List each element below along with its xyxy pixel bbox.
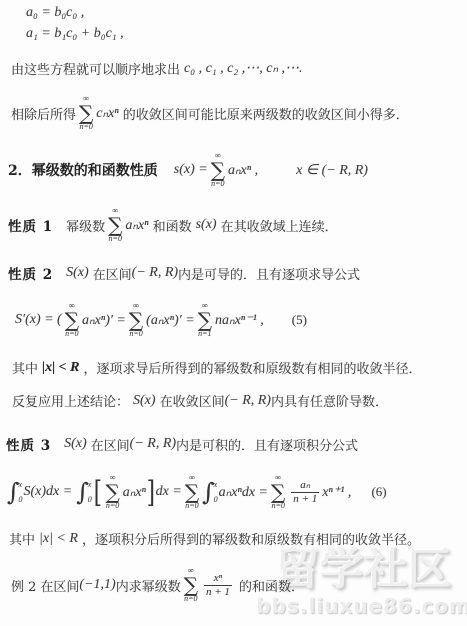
property-1: 性质 1 幂级数 ∞ ∑ n=0 aₙxⁿ 和函数 s(x) 在其收敛域上连续． bbox=[8, 206, 338, 244]
left-bracket: [ bbox=[93, 479, 101, 506]
example-2: 例 2 在区间 (−1,1) 内求幂级数 ∞ ∑ n=0 xⁿ n + 1 的和… bbox=[11, 563, 304, 607]
example-2-t1: 在区间 bbox=[40, 576, 79, 595]
sum-lower-limit: n=0 bbox=[184, 595, 197, 604]
integral-lower-limit: 0 bbox=[88, 495, 92, 504]
sum-lower-limit: n=0 bbox=[271, 502, 284, 511]
fraction: aₙ n + 1 bbox=[291, 479, 319, 505]
note-after-6: 其中 |x| < R ，逐项积分后所得到的幂级数和原级数有相同的收敛半径。 bbox=[9, 529, 420, 548]
sigma-icon: ∑ bbox=[108, 216, 122, 235]
integral-symbol: ∫ x 0 bbox=[76, 478, 92, 506]
property-2-sx: S(x) bbox=[66, 265, 89, 281]
property-1-post: 在其收敛域上连续． bbox=[221, 216, 338, 235]
note-6-abs: |x| < R bbox=[39, 531, 78, 547]
heading-domain: x ∈ (− R, R) bbox=[296, 162, 368, 179]
property-1-term: aₙxⁿ bbox=[125, 217, 148, 234]
property-3: 性质 3 S(x) 在区间 (− R, R) 内是可积的．且有逐项积分公式 bbox=[6, 434, 358, 454]
integral-limits: x 0 bbox=[19, 478, 23, 506]
property-3-t2: 内是可积的．且有逐项积分公式 bbox=[176, 435, 358, 454]
sigma-icon: ∑ bbox=[271, 483, 285, 502]
paragraph-division-remark: 相除后所得 ∞ ∑ n=0 cₙxⁿ 的收敛区间可能比原来两级数的收敛区间小得多… bbox=[11, 94, 409, 132]
sum-lower-limit: n=0 bbox=[109, 235, 122, 244]
division-term: cₙxⁿ bbox=[96, 105, 118, 122]
sum-lower-limit: n=0 bbox=[185, 502, 198, 511]
note-after-5: 其中 |x| < R ，逐项求导后所得到的幂级数和原级数有相同的收敛半径． bbox=[12, 358, 422, 377]
summation-symbol: ∞ ∑ n=0 bbox=[79, 95, 93, 132]
sigma-icon: ∑ bbox=[211, 161, 225, 180]
formula-6-term: aₙxⁿ bbox=[123, 484, 146, 501]
note-6-post: ，逐项积分后所得到的幂级数和原级数有相同的收敛半径。 bbox=[82, 529, 420, 548]
formula-6: ∫ x 0 S(x)dx = ∫ x 0 [ ∞ ∑ n=0 aₙxⁿ ] dx… bbox=[7, 469, 387, 515]
formula-5-lhs: S′(x) = ( bbox=[15, 312, 62, 328]
formula-6-t3: aₙxⁿdx = bbox=[219, 484, 268, 501]
summation-symbol: ∞ ∑ n=0 bbox=[271, 474, 285, 511]
summation-symbol: ∞ ∑ n=0 bbox=[184, 567, 198, 604]
formula-5-t1: aₙxⁿ)′ = bbox=[82, 312, 126, 329]
example-2-t2: 内求幂级数 bbox=[116, 576, 181, 595]
repeat-sx: S(x) bbox=[133, 393, 156, 409]
formula-5: S′(x) = ( ∞ ∑ n=0 aₙxⁿ)′ = ∞ ∑ n=0 (aₙxⁿ… bbox=[15, 301, 307, 339]
sum-lower-limit: n=0 bbox=[106, 502, 119, 511]
integral-upper-limit: x bbox=[19, 480, 23, 489]
property-2-label: 性质 2 bbox=[8, 263, 53, 283]
division-post-text: 的收敛区间可能比原来两级数的收敛区间小得多． bbox=[123, 104, 409, 123]
sum-lower-limit: n=0 bbox=[211, 180, 224, 189]
equation-a1-text: a₁ = b₁c₀ + b₀c₁ , bbox=[26, 26, 124, 42]
repeat-interval: (− R, R) bbox=[225, 393, 271, 409]
example-2-post: 的和函数． bbox=[239, 576, 304, 595]
summation-symbol: ∞ ∑ n=0 bbox=[185, 474, 199, 511]
integral-upper-limit: x bbox=[214, 480, 218, 489]
property-1-mid: 和函数 bbox=[153, 216, 192, 235]
sum-lower-limit: n=0 bbox=[79, 123, 92, 132]
section-heading: 2．幂级数的和函数性质 s(x) = ∞ ∑ n=0 aₙxⁿ , x ∈ (−… bbox=[8, 151, 368, 189]
formula-6-t1: S(x)dx = bbox=[24, 484, 73, 500]
paragraph-repeat-conclusion: 反复应用上述结论： S(x) 在收敛区间 (− R, R) 内具有任意阶导数． bbox=[12, 391, 388, 410]
sigma-icon: ∑ bbox=[185, 483, 199, 502]
repeat-mid: 在收敛区间 bbox=[160, 391, 225, 410]
summation-symbol: ∞ ∑ n=0 bbox=[105, 474, 119, 511]
summation-symbol: ∞ ∑ n=0 bbox=[65, 302, 79, 339]
sum-lower-limit: n=1 bbox=[198, 330, 211, 339]
division-pre-text: 相除后所得 bbox=[11, 104, 76, 123]
document-page: a₀ = b₀c₀ , a₁ = b₁c₀ + b₀c₁ , 由这些方程就可以顺… bbox=[0, 0, 467, 626]
note-5-abs: |x| < R bbox=[42, 360, 79, 376]
formula-5-number: (5) bbox=[292, 312, 307, 328]
fraction-numerator: xⁿ bbox=[214, 572, 222, 585]
property-1-pre: 幂级数 bbox=[66, 216, 105, 235]
sequence-text: 由这些方程就可以顺序地求出 bbox=[11, 59, 180, 78]
summation-symbol: ∞ ∑ n=1 bbox=[198, 302, 212, 339]
property-2-t1: 在区间 bbox=[93, 264, 132, 283]
repeat-post: 内具有任意阶导数． bbox=[271, 391, 388, 410]
heading-term: aₙxⁿ , bbox=[228, 162, 258, 179]
formula-6-t4: xⁿ⁺¹ , bbox=[322, 484, 351, 501]
integral-limits: x 0 bbox=[214, 478, 218, 506]
sigma-icon: ∑ bbox=[65, 311, 79, 330]
sigma-icon: ∑ bbox=[105, 483, 119, 502]
sigma-icon: ∑ bbox=[129, 311, 143, 330]
example-2-interval: (−1,1) bbox=[79, 577, 115, 593]
property-1-sx: s(x) bbox=[196, 217, 217, 233]
integral-symbol: ∫ x 0 bbox=[202, 478, 218, 506]
property-3-t1: 在区间 bbox=[91, 435, 130, 454]
integral-limits: x 0 bbox=[88, 478, 92, 506]
right-bracket: ] bbox=[147, 479, 155, 506]
paragraph-sequence: 由这些方程就可以顺序地求出 c₀ , c₁ , c₂ ,⋯, cₙ ,⋯. bbox=[11, 59, 303, 78]
summation-symbol: ∞ ∑ n=0 bbox=[211, 152, 225, 189]
sum-lower-limit: n=0 bbox=[65, 330, 78, 339]
formula-6-t2: dx = bbox=[156, 484, 182, 500]
example-2-label: 例 2 bbox=[11, 576, 36, 595]
property-2: 性质 2 S(x) 在区间 (− R, R) 内是可导的．且有逐项求导公式 bbox=[8, 263, 360, 283]
property-3-interval: (− R, R) bbox=[130, 436, 176, 452]
property-3-label: 性质 3 bbox=[6, 434, 51, 454]
equation-a1: a₁ = b₁c₀ + b₀c₁ , bbox=[26, 26, 124, 42]
integral-lower-limit: 0 bbox=[214, 495, 218, 504]
sigma-icon: ∑ bbox=[184, 576, 198, 595]
sigma-icon: ∑ bbox=[79, 104, 93, 123]
section-title: 2．幂级数的和函数性质 bbox=[8, 160, 158, 180]
summation-symbol: ∞ ∑ n=0 bbox=[129, 302, 143, 339]
note-5-post: ，逐项求导后所得到的幂级数和原级数有相同的收敛半径． bbox=[84, 358, 422, 377]
repeat-pre: 反复应用上述结论： bbox=[12, 391, 129, 410]
integral-symbol: ∫ x 0 bbox=[7, 478, 23, 506]
formula-5-t2: (aₙxⁿ)′ = bbox=[146, 312, 195, 329]
sequence-math: c₀ , c₁ , c₂ ,⋯, cₙ ,⋯. bbox=[184, 60, 303, 77]
formula-6-number: (6) bbox=[371, 484, 386, 500]
heading-lhs: s(x) = bbox=[174, 162, 208, 178]
equation-a0: a₀ = b₀c₀ , bbox=[26, 5, 84, 21]
summation-symbol: ∞ ∑ n=0 bbox=[108, 207, 122, 244]
fraction: xⁿ n + 1 bbox=[204, 572, 232, 598]
formula-5-t3: naₙxⁿ⁻¹ , bbox=[215, 312, 264, 329]
note-5-pre: 其中 bbox=[12, 358, 38, 377]
fraction-denominator: n + 1 bbox=[291, 492, 319, 506]
note-6-pre: 其中 bbox=[9, 529, 35, 548]
integral-lower-limit: 0 bbox=[19, 495, 23, 504]
sum-lower-limit: n=0 bbox=[129, 330, 142, 339]
integral-upper-limit: x bbox=[88, 480, 92, 489]
sigma-icon: ∑ bbox=[198, 311, 212, 330]
equation-a0-text: a₀ = b₀c₀ , bbox=[26, 5, 84, 21]
fraction-denominator: n + 1 bbox=[204, 585, 232, 599]
property-2-t2: 内是可导的．且有逐项求导公式 bbox=[178, 264, 360, 283]
fraction-numerator: aₙ bbox=[300, 479, 310, 492]
property-3-sx: S(x) bbox=[64, 436, 87, 452]
property-1-label: 性质 1 bbox=[8, 215, 53, 235]
property-2-interval: (− R, R) bbox=[132, 265, 178, 281]
